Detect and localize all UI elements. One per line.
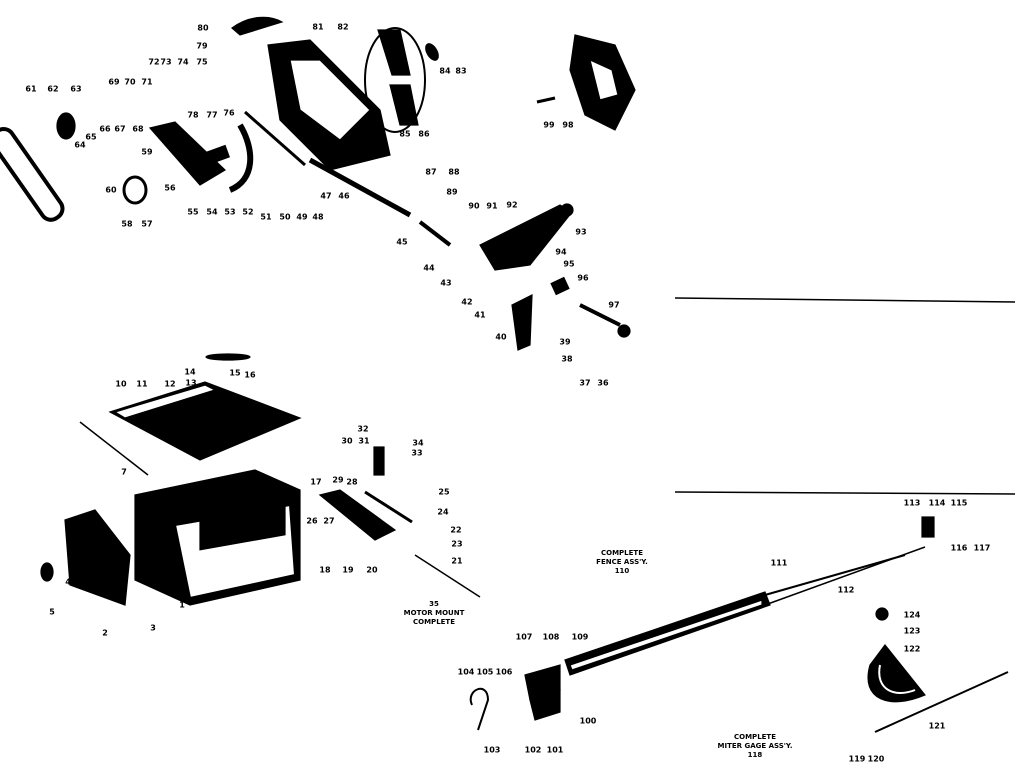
motor-mount-number: 35 [404, 600, 465, 609]
part-label-51: 51 [260, 213, 271, 222]
part-label-86: 86 [418, 130, 429, 139]
part-label-27: 27 [323, 517, 334, 526]
part-label-46: 46 [338, 192, 349, 201]
miter-line1: COMPLETE [718, 733, 793, 742]
part-label-1: 1 [179, 601, 185, 610]
part-label-14: 14 [184, 368, 195, 377]
part-label-49: 49 [296, 213, 307, 222]
part-label-90: 90 [468, 202, 479, 211]
part-label-40: 40 [495, 333, 506, 342]
part-label-112: 112 [838, 586, 855, 595]
part-label-52: 52 [242, 208, 253, 217]
part-label-88: 88 [448, 168, 459, 177]
part-label-28: 28 [346, 478, 357, 487]
part-label-97: 97 [608, 301, 619, 310]
fence-caption: COMPLETE FENCE ASS'Y. 110 [596, 549, 648, 576]
part-label-3: 3 [150, 624, 156, 633]
part-label-39: 39 [559, 338, 570, 347]
part-label-78: 78 [187, 111, 198, 120]
part-label-96: 96 [577, 274, 588, 283]
part-label-69: 69 [108, 78, 119, 87]
part-label-42: 42 [461, 298, 472, 307]
part-label-115: 115 [951, 499, 968, 508]
part-label-18: 18 [319, 566, 330, 575]
part-label-24: 24 [437, 508, 448, 517]
part-label-15: 15 [229, 369, 240, 378]
part-label-54: 54 [206, 208, 217, 217]
part-label-26: 26 [306, 517, 317, 526]
motor-mount-line2: COMPLETE [404, 618, 465, 627]
pulley-part [124, 177, 146, 203]
miter-caption: COMPLETE MITER GAGE ASS'Y. 118 [718, 733, 793, 760]
part-label-41: 41 [474, 311, 485, 320]
part-label-113: 113 [904, 499, 921, 508]
part-label-103: 103 [484, 746, 501, 755]
part-label-60: 60 [105, 186, 116, 195]
part-label-100: 100 [580, 717, 597, 726]
miter-line2: MITER GAGE ASS'Y. [718, 742, 793, 751]
part-label-21: 21 [451, 557, 462, 566]
part-label-2: 2 [102, 629, 108, 638]
part-label-38: 38 [561, 355, 572, 364]
part-label-114: 114 [929, 499, 946, 508]
part-label-48: 48 [312, 213, 323, 222]
part-label-57: 57 [141, 220, 152, 229]
part-label-16: 16 [244, 371, 255, 380]
part-label-47: 47 [320, 192, 331, 201]
part-label-12: 12 [164, 380, 175, 389]
part-label-76: 76 [223, 109, 234, 118]
part-label-68: 68 [132, 125, 143, 134]
part-label-65: 65 [85, 133, 96, 142]
part-label-98: 98 [562, 121, 573, 130]
part-label-67: 67 [114, 125, 125, 134]
part-label-10: 10 [115, 380, 126, 389]
part-label-121: 121 [929, 722, 946, 731]
part-label-63: 63 [70, 85, 81, 94]
part-label-71: 71 [141, 78, 152, 87]
part-label-77: 77 [206, 111, 217, 120]
part-label-75: 75 [196, 58, 207, 67]
part-label-29: 29 [332, 476, 343, 485]
part-label-31: 31 [358, 437, 369, 446]
part-label-111: 111 [771, 559, 788, 568]
part-label-64: 64 [74, 141, 85, 150]
part-label-104: 104 [458, 668, 475, 677]
parts-diagram: 1234571011121314151617181920212223242526… [0, 0, 1024, 779]
part-label-109: 109 [572, 633, 589, 642]
part-label-95: 95 [563, 260, 574, 269]
part-label-32: 32 [357, 425, 368, 434]
part-label-79: 79 [196, 42, 207, 51]
part-label-50: 50 [279, 213, 290, 222]
part-label-61: 61 [25, 85, 36, 94]
part-label-43: 43 [440, 279, 451, 288]
part-label-7: 7 [121, 468, 127, 477]
part-label-120: 120 [868, 755, 885, 764]
part-label-56: 56 [164, 184, 175, 193]
part-label-5: 5 [49, 608, 55, 617]
belt-part [0, 125, 66, 224]
part-label-124: 124 [904, 611, 921, 620]
part-label-55: 55 [187, 208, 198, 217]
part-label-91: 91 [486, 202, 497, 211]
part-label-25: 25 [438, 488, 449, 497]
part-label-53: 53 [224, 208, 235, 217]
part-label-17: 17 [310, 478, 321, 487]
handle-part [480, 205, 572, 270]
part-label-119: 119 [849, 755, 866, 764]
part-label-34: 34 [412, 439, 423, 448]
diagram-artwork [0, 0, 1024, 779]
motor-mount-line1: MOTOR MOUNT [404, 609, 465, 618]
rail-line [675, 298, 1015, 302]
part-label-59: 59 [141, 148, 152, 157]
part-label-62: 62 [47, 85, 58, 94]
fence-line1: COMPLETE [596, 549, 648, 558]
part-label-74: 74 [177, 58, 188, 67]
part-label-33: 33 [411, 449, 422, 458]
part-label-93: 93 [575, 228, 586, 237]
pulley-part [57, 113, 75, 139]
part-label-19: 19 [342, 566, 353, 575]
part-label-11: 11 [136, 380, 147, 389]
part-label-45: 45 [396, 238, 407, 247]
part-label-30: 30 [341, 437, 352, 446]
part-label-80: 80 [197, 24, 208, 33]
part-label-92: 92 [506, 201, 517, 210]
part-label-36: 36 [597, 379, 608, 388]
rail-line [675, 492, 1015, 494]
fence-number: 110 [596, 567, 648, 576]
part-label-99: 99 [543, 121, 554, 130]
fence-line2: FENCE ASS'Y. [596, 558, 648, 567]
part-label-105: 105 [477, 668, 494, 677]
part-label-58: 58 [121, 220, 132, 229]
part-label-117: 117 [974, 544, 991, 553]
part-label-37: 37 [579, 379, 590, 388]
part-label-116: 116 [951, 544, 968, 553]
part-label-66: 66 [99, 125, 110, 134]
miter-number: 118 [718, 751, 793, 760]
part-label-81: 81 [312, 23, 323, 32]
part-label-4: 4 [65, 578, 71, 587]
part-label-108: 108 [543, 633, 560, 642]
part-label-87: 87 [425, 168, 436, 177]
part-label-20: 20 [366, 566, 377, 575]
part-label-72: 72 [148, 58, 159, 67]
part-label-83: 83 [455, 67, 466, 76]
motor-mount-caption: 35 MOTOR MOUNT COMPLETE [404, 600, 465, 627]
part-label-22: 22 [450, 526, 461, 535]
part-label-106: 106 [496, 668, 513, 677]
part-label-70: 70 [124, 78, 135, 87]
part-label-44: 44 [423, 264, 434, 273]
part-label-84: 84 [439, 67, 450, 76]
part-label-101: 101 [547, 746, 564, 755]
part-label-122: 122 [904, 645, 921, 654]
side-panel [65, 510, 130, 605]
motor-mount [320, 490, 395, 540]
part-label-123: 123 [904, 627, 921, 636]
part-label-73: 73 [160, 58, 171, 67]
part-label-13: 13 [185, 379, 196, 388]
part-label-89: 89 [446, 188, 457, 197]
part-label-23: 23 [451, 540, 462, 549]
part-label-82: 82 [337, 23, 348, 32]
part-label-85: 85 [399, 130, 410, 139]
plate-part [512, 295, 532, 350]
part-label-94: 94 [555, 248, 566, 257]
part-label-102: 102 [525, 746, 542, 755]
part-label-107: 107 [516, 633, 533, 642]
